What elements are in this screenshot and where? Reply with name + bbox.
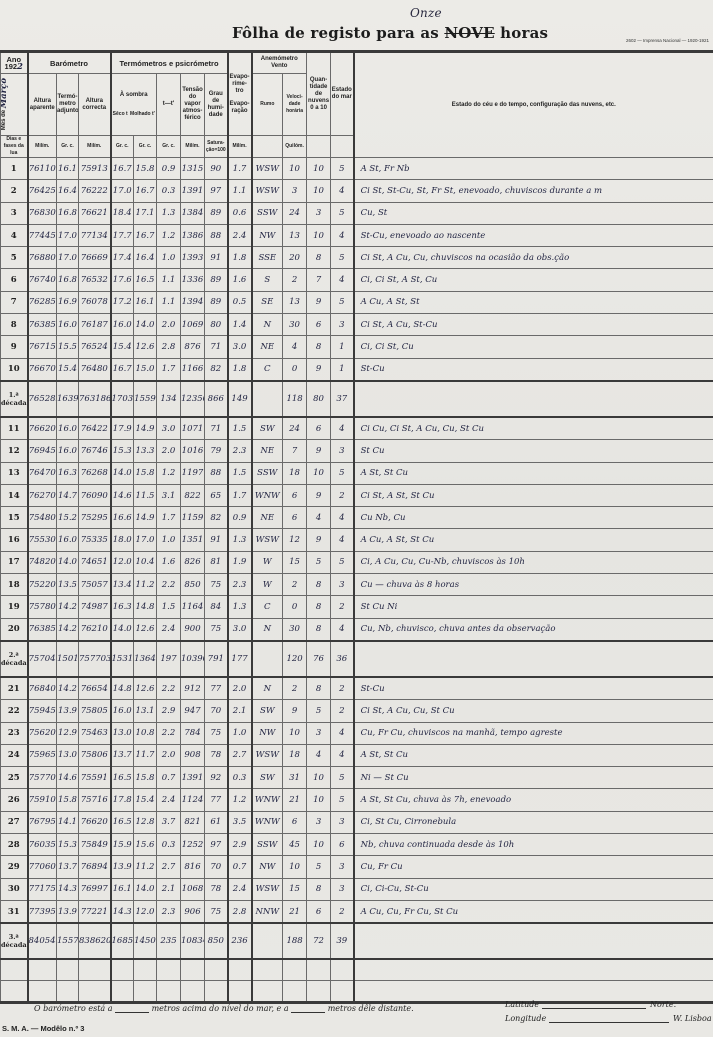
cell-tensao: 12350 — [181, 381, 205, 417]
day-number: 25 — [1, 767, 28, 789]
latitude-blank[interactable] — [542, 1000, 646, 1009]
blank-row — [1, 959, 713, 981]
vento-label: Vento — [253, 63, 307, 70]
cell-nuv: 8 — [307, 618, 331, 641]
cell-hum: 791 — [205, 641, 228, 677]
cell-molh: 12.6 — [134, 618, 157, 641]
day-number: 27 — [1, 811, 28, 833]
cell-seco: 16.0 — [111, 700, 134, 722]
unit-alt-correcta: Milím. — [79, 136, 111, 158]
blank-cell — [228, 981, 252, 1003]
cell-alt-cor: 76090 — [79, 484, 111, 506]
cell-hum: 91 — [205, 247, 228, 269]
cell-nuv: 9 — [307, 529, 331, 551]
distance-blank[interactable] — [291, 1004, 325, 1013]
cell-evap: 2.0 — [228, 677, 252, 700]
cell-hum: 75 — [205, 722, 228, 744]
cell-mar: 3 — [331, 811, 354, 833]
cell-t-adj: 15.3 — [57, 834, 79, 856]
cell-vel: 45 — [283, 834, 307, 856]
cell-molh: 16.4 — [134, 247, 157, 269]
cell-diff: 3.0 — [157, 417, 181, 440]
cell-nuv: 7 — [307, 269, 331, 291]
cell-t-adj: 13.5 — [57, 574, 79, 596]
cell-rumo: WSW — [252, 180, 283, 202]
cell-alt-ap: 76470 — [28, 462, 57, 484]
cell-alt-ap: 76715 — [28, 336, 57, 358]
cell-tensao: 10390 — [181, 641, 205, 677]
cell-nuv: 10 — [307, 180, 331, 202]
cell-tensao: 1384 — [181, 202, 205, 224]
day-number: 2.ª década — [1, 641, 28, 677]
cell-rumo: SW — [252, 767, 283, 789]
day-number: 20 — [1, 618, 28, 641]
day-number: 1.ª década — [1, 381, 28, 417]
cell-alt-ap: 76795 — [28, 811, 57, 833]
cell-alt-ap: 75220 — [28, 574, 57, 596]
cell-nuv: 5 — [307, 856, 331, 878]
cell-alt-cor: 75716 — [79, 789, 111, 811]
cell-alt-cor: 76268 — [79, 462, 111, 484]
printer-note: 2602 — Imprensa Nacional — 1920-1921 — [626, 38, 709, 43]
cell-rumo: SSW — [252, 834, 283, 856]
cell-vel: 18 — [283, 462, 307, 484]
cell-tensao: 908 — [181, 744, 205, 766]
cell-vel: 13 — [283, 224, 307, 246]
cell-alt-cor: 76894 — [79, 856, 111, 878]
decade-total-row: 1.ª década765289163976318617031559134123… — [1, 381, 713, 417]
table-row: 267591015.87571617.815.42.41124771.2WNW2… — [1, 789, 713, 811]
cell-hum: 90 — [205, 158, 228, 180]
table-row: 297706013.77689413.911.22.7816700.7NW105… — [1, 856, 713, 878]
cell-hum: 97 — [205, 180, 228, 202]
cell-tensao: 1394 — [181, 291, 205, 313]
cell-seco: 17.8 — [111, 789, 134, 811]
cell-evap: 177 — [228, 641, 252, 677]
cell-evap: 2.8 — [228, 900, 252, 923]
table-row: 147627014.77609014.611.53.1822651.7WNW69… — [1, 484, 713, 506]
table-row: 277679514.17662016.512.83.7821613.5WNW63… — [1, 811, 713, 833]
cell-t-adj: 13.9 — [57, 900, 79, 923]
cell-seco: 17.0 — [111, 180, 134, 202]
cell-diff: 2.2 — [157, 722, 181, 744]
cell-rumo: C — [252, 596, 283, 618]
cell-rumo — [252, 923, 283, 959]
day-number: 3 — [1, 202, 28, 224]
cell-tensao: 10834 — [181, 923, 205, 959]
cell-observations: Cu — chuva às 8 horas — [354, 574, 713, 596]
cell-rumo: S — [252, 269, 283, 291]
cell-t-adj: 16.0 — [57, 417, 79, 440]
cell-t-adj: 14.0 — [57, 551, 79, 573]
cell-tensao: 1393 — [181, 247, 205, 269]
cell-alt-cor: 75335 — [79, 529, 111, 551]
year-cell: Ano 1922 — [1, 52, 28, 74]
cell-evap: 0.5 — [228, 291, 252, 313]
cell-nuv: 8 — [307, 247, 331, 269]
cell-rumo: NE — [252, 336, 283, 358]
rumo-header: Rumo — [252, 74, 283, 136]
cell-vel: 3 — [283, 180, 307, 202]
cell-observations — [354, 923, 713, 959]
cell-rumo: SSW — [252, 202, 283, 224]
cell-mar: 3 — [331, 574, 354, 596]
cell-observations: Ci, Ci-Cu, St-Cu — [354, 878, 713, 900]
cell-tensao: 1197 — [181, 462, 205, 484]
cell-t-adj: 14.6 — [57, 767, 79, 789]
cell-nuv: 8 — [307, 336, 331, 358]
cell-diff: 0.3 — [157, 180, 181, 202]
cell-observations: Ci St, A St, St Cu — [354, 484, 713, 506]
cell-t-adj: 14.2 — [57, 677, 79, 700]
blank-cell — [57, 959, 79, 981]
cell-mar: 39 — [331, 923, 354, 959]
cell-tensao: 1336 — [181, 269, 205, 291]
cell-seco: 18.4 — [111, 202, 134, 224]
cell-t-adj: 15.8 — [57, 789, 79, 811]
alt-correcta-header: Altura correcta — [79, 74, 111, 136]
cell-mar: 3 — [331, 878, 354, 900]
title-hour-handwritten: Onze — [410, 6, 442, 20]
table-row: 167553016.07533518.017.01.01351911.3WSW1… — [1, 529, 713, 551]
cell-t-adj: 16.0 — [57, 440, 79, 462]
cell-nuv: 6 — [307, 314, 331, 336]
cell-diff: 2.0 — [157, 744, 181, 766]
cell-observations: Cu, Fr Cu, chuviscos na manhã, tempo agr… — [354, 722, 713, 744]
day-number: 8 — [1, 314, 28, 336]
cell-vel: 7 — [283, 440, 307, 462]
cell-diff: 2.3 — [157, 900, 181, 923]
cell-tensao: 850 — [181, 574, 205, 596]
cell-alt-ap: 76670 — [28, 358, 57, 381]
cell-alt-ap: 77175 — [28, 878, 57, 900]
cell-tensao: 784 — [181, 722, 205, 744]
cell-mar: 4 — [331, 269, 354, 291]
cell-hum: 84 — [205, 596, 228, 618]
day-number: 6 — [1, 269, 28, 291]
title-hour-struck: NOVE — [444, 24, 494, 42]
cell-t-adj: 12.9 — [57, 722, 79, 744]
cell-alt-ap: 76285 — [28, 291, 57, 313]
cell-alt-ap: 76945 — [28, 440, 57, 462]
cell-nuv: 9 — [307, 358, 331, 381]
cell-mar: 3 — [331, 856, 354, 878]
blank-cell — [1, 981, 28, 1003]
blank-cell — [181, 959, 205, 981]
table-row: 197578014.27498716.314.81.51164841.3C082… — [1, 596, 713, 618]
cell-vel: 10 — [283, 158, 307, 180]
cell-nuv: 6 — [307, 417, 331, 440]
cell-seco: 17.2 — [111, 291, 134, 313]
cell-tensao: 826 — [181, 551, 205, 573]
table-row: 237562012.97546313.010.82.2784751.0NW103… — [1, 722, 713, 744]
cell-vel: 13 — [283, 291, 307, 313]
unit-nuvens — [307, 136, 331, 158]
cell-molh: 1364 — [134, 641, 157, 677]
cell-alt-ap: 76110 — [28, 158, 57, 180]
a-sombra-label: À sombra — [112, 92, 157, 99]
cell-mar: 5 — [331, 767, 354, 789]
cell-tensao: 1068 — [181, 878, 205, 900]
cell-nuv: 10 — [307, 834, 331, 856]
cell-t-adj: 16.9 — [57, 291, 79, 313]
cell-diff: 1.0 — [157, 529, 181, 551]
day-number: 21 — [1, 677, 28, 700]
cell-t-adj: 14.1 — [57, 811, 79, 833]
cell-molh: 1559 — [134, 381, 157, 417]
blank-cell — [331, 981, 354, 1003]
cell-nuv: 4 — [307, 507, 331, 529]
cell-vel: 2 — [283, 677, 307, 700]
cell-vel: 24 — [283, 417, 307, 440]
cell-observations: St-Cu — [354, 358, 713, 381]
cell-t-adj: 14.3 — [57, 878, 79, 900]
cell-observations: St Cu — [354, 440, 713, 462]
cell-molh: 16.5 — [134, 269, 157, 291]
cell-observations: Ci, Ci St, Cu — [354, 336, 713, 358]
unit-humidade: Satura-ção=100 — [205, 136, 228, 158]
table-row: 67674016.87653217.616.51.11336891.6S274C… — [1, 269, 713, 291]
blank-cell — [252, 981, 283, 1003]
cell-vel: 12 — [283, 529, 307, 551]
cell-rumo: SW — [252, 700, 283, 722]
longitude-suffix: W. Lisboa — [673, 1014, 712, 1023]
cell-hum: 850 — [205, 923, 228, 959]
barometro-header: Barómetro — [28, 52, 111, 74]
cell-rumo: WSW — [252, 878, 283, 900]
cell-t-adj: 16.0 — [57, 314, 79, 336]
cell-tensao: 947 — [181, 700, 205, 722]
cell-seco: 13.7 — [111, 744, 134, 766]
cell-hum: 65 — [205, 484, 228, 506]
cell-hum: 80 — [205, 314, 228, 336]
cell-hum: 79 — [205, 440, 228, 462]
cell-rumo: SW — [252, 417, 283, 440]
cell-rumo: NE — [252, 507, 283, 529]
cell-evap: 2.3 — [228, 574, 252, 596]
cell-alt-ap: 75480 — [28, 507, 57, 529]
cell-diff: 1.2 — [157, 224, 181, 246]
cell-mar: 2 — [331, 596, 354, 618]
cell-hum: 89 — [205, 291, 228, 313]
table-row: 257577014.67559116.515.80.71391920.3SW31… — [1, 767, 713, 789]
cell-diff: 1.7 — [157, 507, 181, 529]
cell-vel: 30 — [283, 314, 307, 336]
cell-evap: 0.6 — [228, 202, 252, 224]
cell-evap: 1.1 — [228, 180, 252, 202]
day-number: 4 — [1, 224, 28, 246]
cell-diff: 1.2 — [157, 462, 181, 484]
cell-rumo: NW — [252, 722, 283, 744]
cell-molh: 15.4 — [134, 789, 157, 811]
blank-cell — [205, 981, 228, 1003]
day-number: 17 — [1, 551, 28, 573]
cell-seco: 13.0 — [111, 722, 134, 744]
cell-nuv: 8 — [307, 596, 331, 618]
cell-t-adj: 16.4 — [57, 180, 79, 202]
cell-seco: 17.7 — [111, 224, 134, 246]
cell-observations: A St, Fr Nb — [354, 158, 713, 180]
cell-nuv: 5 — [307, 551, 331, 573]
cell-seco: 17.9 — [111, 417, 134, 440]
cell-mar: 2 — [331, 677, 354, 700]
cell-vel: 6 — [283, 484, 307, 506]
table-row: 317739513.97722114.312.02.3906752.8NNW21… — [1, 900, 713, 923]
cell-alt-cor: 77221 — [79, 900, 111, 923]
cell-observations — [354, 641, 713, 677]
cell-nuv: 8 — [307, 574, 331, 596]
cell-molh: 16.1 — [134, 291, 157, 313]
cell-diff: 3.1 — [157, 484, 181, 506]
cell-rumo: NNW — [252, 900, 283, 923]
cell-evap: 1.3 — [228, 596, 252, 618]
blank-cell — [331, 959, 354, 981]
table-row: 27642516.47622217.016.70.31391971.1WSW31… — [1, 180, 713, 202]
cell-vel: 118 — [283, 381, 307, 417]
cell-tensao: 1252 — [181, 834, 205, 856]
cell-rumo: WSW — [252, 158, 283, 180]
table-row: 307717514.37699716.114.02.11068782.4WSW1… — [1, 878, 713, 900]
barometer-text-1: O barómetro está a — [34, 1004, 113, 1013]
cell-alt-cor: 76422 — [79, 417, 111, 440]
cell-diff: 0.9 — [157, 158, 181, 180]
blank-cell — [111, 959, 134, 981]
cell-hum: 92 — [205, 767, 228, 789]
blank-cell — [134, 959, 157, 981]
cell-t-adj: 16.1 — [57, 158, 79, 180]
cell-molh: 14.8 — [134, 596, 157, 618]
cell-alt-cor: 75295 — [79, 507, 111, 529]
molhado-label: Molhado t' — [130, 111, 155, 118]
longitude-blank[interactable] — [549, 1014, 669, 1023]
year-hand: 2 — [17, 62, 23, 72]
altitude-blank[interactable] — [115, 1004, 149, 1013]
latitude-line: Latitude — [505, 1000, 646, 1009]
cell-observations: Cu, St — [354, 202, 713, 224]
cell-alt-cor: 76669 — [79, 247, 111, 269]
page-title: Fôlha de registo para as NOVE Onze horas — [232, 24, 548, 42]
cell-seco: 15.4 — [111, 336, 134, 358]
velocidade-header: Veloci-dade horária — [283, 74, 307, 136]
cell-diff: 235 — [157, 923, 181, 959]
month-cell: Mês de Março — [1, 74, 28, 136]
cell-hum: 97 — [205, 834, 228, 856]
blank-cell — [157, 981, 181, 1003]
month-label: Mês de Março — [1, 78, 8, 130]
table-row: 227594513.97580516.013.12.9947702.1SW952… — [1, 700, 713, 722]
cell-observations: A St, St Cu, chuva às 7h, enevoado — [354, 789, 713, 811]
table-row: 207638514.27621014.012.62.4900753.0N3084… — [1, 618, 713, 641]
cell-mar: 36 — [331, 641, 354, 677]
cell-mar: 2 — [331, 700, 354, 722]
cell-mar: 4 — [331, 180, 354, 202]
day-number: 5 — [1, 247, 28, 269]
cell-mar: 4 — [331, 618, 354, 641]
cell-alt-ap: 76035 — [28, 834, 57, 856]
day-number: 10 — [1, 358, 28, 381]
cell-rumo: NW — [252, 856, 283, 878]
cell-nuv: 76 — [307, 641, 331, 677]
cell-observations: Cu, Fr Cu — [354, 856, 713, 878]
cell-rumo — [252, 381, 283, 417]
cell-hum: 866 — [205, 381, 228, 417]
cell-alt-cor: 76210 — [79, 618, 111, 641]
cell-hum: 89 — [205, 269, 228, 291]
cell-observations: A St, St Cu — [354, 462, 713, 484]
cell-diff: 1.6 — [157, 551, 181, 573]
day-number: 23 — [1, 722, 28, 744]
unit-evap: Milím. — [228, 136, 252, 158]
cell-alt-cor: 75805 — [79, 700, 111, 722]
day-number: 30 — [1, 878, 28, 900]
cell-hum: 82 — [205, 507, 228, 529]
cell-rumo: W — [252, 574, 283, 596]
cell-molh: 11.7 — [134, 744, 157, 766]
blank-cell — [57, 981, 79, 1003]
cell-mar: 4 — [331, 529, 354, 551]
cell-mar: 5 — [331, 247, 354, 269]
day-number: 31 — [1, 900, 28, 923]
cell-hum: 88 — [205, 224, 228, 246]
cell-diff: 2.9 — [157, 700, 181, 722]
cell-tensao: 1124 — [181, 789, 205, 811]
cell-alt-cor: 76187 — [79, 314, 111, 336]
cell-seco: 14.8 — [111, 677, 134, 700]
day-number: 26 — [1, 789, 28, 811]
cell-observations: Ci, St Cu, Cirronebula — [354, 811, 713, 833]
cell-vel: 120 — [283, 641, 307, 677]
cell-t-adj: 14.2 — [57, 596, 79, 618]
table-row: 77628516.97607817.216.11.11394890.5SE139… — [1, 291, 713, 313]
cell-alt-cor: 75913 — [79, 158, 111, 180]
cell-mar: 5 — [331, 462, 354, 484]
cell-evap: 0.9 — [228, 507, 252, 529]
cell-alt-ap: 757040 — [28, 641, 57, 677]
unit-mar — [331, 136, 354, 158]
cell-t-adj: 1639 — [57, 381, 79, 417]
cell-evap: 1.2 — [228, 789, 252, 811]
cell-rumo: SSE — [252, 247, 283, 269]
unit-diff: Gr. c. — [157, 136, 181, 158]
cell-evap: 1.9 — [228, 551, 252, 573]
cell-nuv: 5 — [307, 700, 331, 722]
cell-alt-cor: 757703 — [79, 641, 111, 677]
day-number: 9 — [1, 336, 28, 358]
cell-diff: 2.4 — [157, 618, 181, 641]
cell-molh: 11.2 — [134, 856, 157, 878]
decade-total-row: 2.ª década757040150175770315311364197103… — [1, 641, 713, 677]
cell-nuv: 6 — [307, 900, 331, 923]
day-number: 14 — [1, 484, 28, 506]
cell-vel: 21 — [283, 789, 307, 811]
cell-alt-cor: 76480 — [79, 358, 111, 381]
table-row: 57688017.07666917.416.41.01393911.8SSE20… — [1, 247, 713, 269]
cell-evap: 3.0 — [228, 618, 252, 641]
day-number: 18 — [1, 574, 28, 596]
cell-t-adj: 16.8 — [57, 202, 79, 224]
cell-t-adj: 15.4 — [57, 358, 79, 381]
cell-tensao: 816 — [181, 856, 205, 878]
cell-alt-cor: 75591 — [79, 767, 111, 789]
evaporacao-label: Evapo-ração — [229, 101, 251, 115]
cell-alt-ap: 76385 — [28, 314, 57, 336]
cell-tensao: 1159 — [181, 507, 205, 529]
cell-observations: Ci St, St-Cu, St, Fr St, enevoado, chuvi… — [354, 180, 713, 202]
table-row: 17611016.17591316.715.80.91315901.7WSW10… — [1, 158, 713, 180]
month-value: Março — [1, 78, 10, 108]
cell-evap: 1.0 — [228, 722, 252, 744]
a-sombra-header: À sombra Sêco t Molhado t' — [111, 74, 157, 136]
